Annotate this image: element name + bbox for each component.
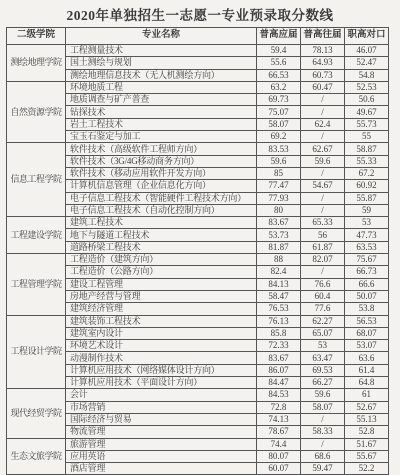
score-vocational-match-cell: 47.73 (345, 229, 389, 241)
major-cell: 电子信息工程技术（智能硬件工程技术方向） (66, 192, 257, 204)
score-vocational-match-cell: 63.53 (345, 241, 389, 253)
score-regular-former-cell: / (301, 413, 345, 425)
major-cell: 建筑工程技术 (66, 217, 257, 229)
header-vocational-match: 职高对口 (345, 28, 389, 45)
score-regular-fresh-cell: 80 (257, 204, 301, 216)
score-regular-former-cell: 64.93 (301, 57, 345, 69)
major-cell: 软件技术（3G/4G移动商务方向） (66, 155, 257, 167)
score-regular-fresh-cell: 74.13 (257, 413, 301, 425)
score-regular-fresh-cell: 77.93 (257, 192, 301, 204)
score-regular-former-cell: 59.6 (301, 389, 345, 401)
major-cell: 应用英语 (66, 450, 257, 462)
score-regular-fresh-cell: 85 (257, 167, 301, 179)
table-row: 生态文旅学院旅游管理74.4/51.67 (7, 438, 389, 450)
score-regular-former-cell: 62.67 (301, 143, 345, 155)
score-regular-former-cell: 62.4 (301, 118, 345, 130)
score-vocational-match-cell: 52.8 (345, 426, 389, 438)
score-vocational-match-cell: 49.67 (345, 106, 389, 118)
score-vocational-match-cell: 55 (345, 131, 389, 143)
score-vocational-match-cell: 52.2 (345, 463, 389, 475)
table-row: 自然资源学院环境地质工程63.260.4752.53 (7, 81, 389, 93)
score-vocational-match-cell: 75.67 (345, 254, 389, 266)
major-cell: 物流管理 (66, 426, 257, 438)
score-regular-fresh-cell: 72.33 (257, 340, 301, 352)
major-cell: 国际经济与贸易 (66, 413, 257, 425)
major-cell: 地质调查与矿产普查 (66, 94, 257, 106)
score-regular-former-cell: 53 (301, 340, 345, 352)
score-regular-fresh-cell: 88 (257, 254, 301, 266)
score-regular-former-cell: 58.33 (301, 426, 345, 438)
college-cell: 自然资源学院 (7, 81, 66, 142)
table-row: 现代经贸学院会计84.5359.661 (7, 389, 389, 401)
score-regular-former-cell: 66.27 (301, 377, 345, 389)
score-regular-former-cell: 69.53 (301, 364, 345, 376)
score-regular-former-cell: / (301, 106, 345, 118)
score-vocational-match-cell: 50.07 (345, 290, 389, 302)
major-cell: 工程造价（建筑方向） (66, 254, 257, 266)
score-vocational-match-cell: 52.67 (345, 401, 389, 413)
header-regular-former: 普高往届 (301, 28, 345, 45)
header-college: 二级学院 (7, 28, 66, 45)
score-regular-fresh-cell: 84.53 (257, 389, 301, 401)
score-regular-fresh-cell: 80.07 (257, 450, 301, 462)
score-regular-fresh-cell: 83.53 (257, 143, 301, 155)
score-regular-fresh-cell: 69.2 (257, 131, 301, 143)
score-vocational-match-cell: 46.07 (345, 45, 389, 57)
score-vocational-match-cell: 66.73 (345, 266, 389, 278)
major-cell: 计算机信息管理（企业信息化方向） (66, 180, 257, 192)
score-regular-former-cell: / (301, 167, 345, 179)
major-cell: 环境地质工程 (66, 81, 257, 93)
table-row: 工程设计学院建筑装饰工程技术76.1362.2756.53 (7, 315, 389, 327)
major-cell: 地下与隧道工程技术 (66, 229, 257, 241)
score-vocational-match-cell: 51.67 (345, 438, 389, 450)
score-regular-fresh-cell: 84.13 (257, 278, 301, 290)
score-regular-former-cell: 65.33 (301, 217, 345, 229)
score-regular-fresh-cell: 53.73 (257, 229, 301, 241)
table-row: 信息工程学院软件技术（高级软件工程师方向）83.5362.6758.87 (7, 143, 389, 155)
score-regular-fresh-cell: 81.87 (257, 241, 301, 253)
score-vocational-match-cell: 59 (345, 204, 389, 216)
header-major-name: 专业名称 (66, 28, 257, 45)
score-regular-fresh-cell: 78.67 (257, 426, 301, 438)
score-regular-former-cell: / (301, 192, 345, 204)
score-vocational-match-cell: 64.8 (345, 377, 389, 389)
major-cell: 旅游管理 (66, 438, 257, 450)
college-cell: 生态文旅学院 (7, 438, 66, 475)
college-cell: 信息工程学院 (7, 143, 66, 217)
table-row: 工程建设学院建筑工程技术83.6765.3353 (7, 217, 389, 229)
score-regular-former-cell: 59.47 (301, 463, 345, 475)
header-regular-fresh: 普高应届 (257, 28, 301, 45)
score-vocational-match-cell: 55.13 (345, 413, 389, 425)
score-regular-fresh-cell: 77.47 (257, 180, 301, 192)
major-cell: 钻探技术 (66, 106, 257, 118)
score-table: 二级学院 专业名称 普高应届 普高往届 职高对口 测绘地理学院工程测量技术59.… (6, 27, 389, 475)
score-regular-fresh-cell: 69.73 (257, 94, 301, 106)
major-cell: 道路桥梁工程技术 (66, 241, 257, 253)
score-regular-former-cell: 82.07 (301, 254, 345, 266)
major-cell: 建设工程管理 (66, 278, 257, 290)
major-cell: 建筑室内设计 (66, 327, 257, 339)
score-regular-former-cell: 56 (301, 229, 345, 241)
score-regular-former-cell: 60.4 (301, 290, 345, 302)
score-vocational-match-cell: 55.67 (345, 450, 389, 462)
score-regular-former-cell: 59.6 (301, 155, 345, 167)
score-regular-fresh-cell: 83.67 (257, 352, 301, 364)
major-cell: 工程造价（公路方向） (66, 266, 257, 278)
score-vocational-match-cell: 52.47 (345, 57, 389, 69)
score-regular-former-cell: / (301, 438, 345, 450)
score-regular-former-cell: / (301, 94, 345, 106)
score-vocational-match-cell: 66.6 (345, 278, 389, 290)
score-vocational-match-cell: 55.87 (345, 192, 389, 204)
score-vocational-match-cell: 54.8 (345, 69, 389, 81)
college-cell: 工程管理学院 (7, 254, 66, 315)
score-regular-fresh-cell: 76.53 (257, 303, 301, 315)
score-regular-fresh-cell: 86.07 (257, 364, 301, 376)
table-row: 测绘地理学院工程测量技术59.478.1346.07 (7, 45, 389, 57)
score-regular-former-cell: 54.67 (301, 180, 345, 192)
major-cell: 测绘地理信息技术（无人机测绘方向） (66, 69, 257, 81)
score-vocational-match-cell: 53.07 (345, 340, 389, 352)
score-regular-fresh-cell: 58.47 (257, 290, 301, 302)
table-body: 测绘地理学院工程测量技术59.478.1346.07国土测绘与规划55.664.… (7, 45, 389, 475)
score-vocational-match-cell: 55.33 (345, 155, 389, 167)
score-regular-fresh-cell: 74.4 (257, 438, 301, 450)
page-title: 2020年单独招生一志愿一专业预录取分数线 (0, 0, 400, 24)
score-regular-fresh-cell: 66.53 (257, 69, 301, 81)
college-cell: 工程设计学院 (7, 315, 66, 389)
major-cell: 计算机应用技术（网络媒体设计方向） (66, 364, 257, 376)
major-cell: 工程测量技术 (66, 45, 257, 57)
score-regular-fresh-cell: 59.6 (257, 155, 301, 167)
score-vocational-match-cell: 53 (345, 217, 389, 229)
major-cell: 计算机应用技术（平面设计方向） (66, 377, 257, 389)
header-row: 二级学院 专业名称 普高应届 普高往届 职高对口 (7, 28, 389, 45)
score-regular-fresh-cell: 83.67 (257, 217, 301, 229)
score-vocational-match-cell: 58.87 (345, 143, 389, 155)
college-cell: 测绘地理学院 (7, 45, 66, 82)
score-vocational-match-cell: 61.4 (345, 364, 389, 376)
score-regular-former-cell: 60.73 (301, 69, 345, 81)
score-vocational-match-cell: 53.8 (345, 303, 389, 315)
major-cell: 宝玉石鉴定与加工 (66, 131, 257, 143)
score-regular-fresh-cell: 82.4 (257, 266, 301, 278)
score-regular-former-cell: 76.6 (301, 278, 345, 290)
score-regular-former-cell: 78.13 (301, 45, 345, 57)
score-regular-former-cell: / (301, 204, 345, 216)
score-vocational-match-cell: 67.2 (345, 167, 389, 179)
score-vocational-match-cell: 55.73 (345, 118, 389, 130)
score-vocational-match-cell: 50.6 (345, 94, 389, 106)
score-regular-former-cell: / (301, 266, 345, 278)
major-cell: 酒店管理 (66, 463, 257, 475)
score-vocational-match-cell: 60.92 (345, 180, 389, 192)
score-regular-fresh-cell: 63.2 (257, 81, 301, 93)
major-cell: 软件技术（高级软件工程师方向） (66, 143, 257, 155)
college-cell: 现代经贸学院 (7, 389, 66, 438)
score-regular-former-cell: / (301, 131, 345, 143)
score-regular-fresh-cell: 75.07 (257, 106, 301, 118)
score-vocational-match-cell: 56.53 (345, 315, 389, 327)
major-cell: 房地产经营与管理 (66, 290, 257, 302)
college-cell: 工程建设学院 (7, 217, 66, 254)
score-regular-former-cell: 61.87 (301, 241, 345, 253)
table-header: 二级学院 专业名称 普高应届 普高往届 职高对口 (7, 28, 389, 45)
score-regular-former-cell: 60.47 (301, 81, 345, 93)
major-cell: 岩土工程技术 (66, 118, 257, 130)
score-regular-former-cell: 58.07 (301, 401, 345, 413)
major-cell: 软件技术（移动应用软件开发方向） (66, 167, 257, 179)
major-cell: 建筑经济管理 (66, 303, 257, 315)
score-regular-fresh-cell: 59.4 (257, 45, 301, 57)
major-cell: 环境艺术设计 (66, 340, 257, 352)
score-vocational-match-cell: 63.6 (345, 352, 389, 364)
major-cell: 动漫制作技术 (66, 352, 257, 364)
score-vocational-match-cell: 68.07 (345, 327, 389, 339)
major-cell: 电子信息工程技术（自动化控制方向） (66, 204, 257, 216)
score-regular-former-cell: 65.07 (301, 327, 345, 339)
score-vocational-match-cell: 52.53 (345, 81, 389, 93)
score-regular-fresh-cell: 72.8 (257, 401, 301, 413)
score-regular-fresh-cell: 85.8 (257, 327, 301, 339)
score-regular-former-cell: 63.47 (301, 352, 345, 364)
major-cell: 建筑装饰工程技术 (66, 315, 257, 327)
major-cell: 市场营销 (66, 401, 257, 413)
score-regular-fresh-cell: 58.07 (257, 118, 301, 130)
score-regular-fresh-cell: 76.13 (257, 315, 301, 327)
score-regular-fresh-cell: 55.6 (257, 57, 301, 69)
document-page: 2020年单独招生一志愿一专业预录取分数线 二级学院 专业名称 普高应届 普高往… (0, 0, 400, 475)
table-row: 工程管理学院工程造价（建筑方向）8882.0775.67 (7, 254, 389, 266)
score-regular-former-cell: 68.6 (301, 450, 345, 462)
score-regular-fresh-cell: 60.07 (257, 463, 301, 475)
score-regular-fresh-cell: 84.47 (257, 377, 301, 389)
score-regular-former-cell: 77.6 (301, 303, 345, 315)
major-cell: 会计 (66, 389, 257, 401)
score-regular-former-cell: 62.27 (301, 315, 345, 327)
score-vocational-match-cell: 61 (345, 389, 389, 401)
major-cell: 国土测绘与规划 (66, 57, 257, 69)
